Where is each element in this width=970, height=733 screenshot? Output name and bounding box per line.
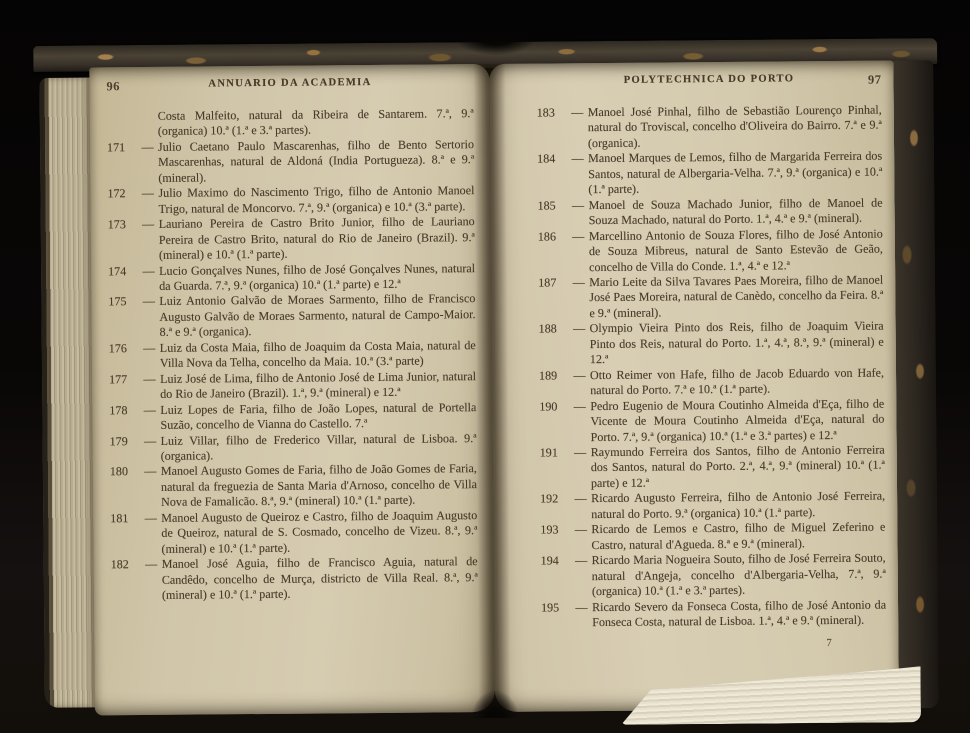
entry-text: Luiz José de Lima, filho de Antonio José… [160, 369, 476, 403]
entry-number: 175 [108, 294, 138, 310]
list-item: 178 — Luiz Lopes de Faria, filho de João… [109, 400, 476, 434]
photo-background: 96 ANNUARIO DA ACADEMIA Costa Malfeito, … [0, 0, 970, 733]
entry-dash: — [570, 522, 591, 538]
signature-mark: 7 [826, 637, 832, 649]
page-spread: 96 ANNUARIO DA ACADEMIA Costa Malfeito, … [39, 60, 939, 716]
entry-text: Raymundo Ferreira dos Santos, filho de A… [591, 443, 885, 492]
list-item: 191 — Raymundo Ferreira dos Santos, filh… [540, 443, 885, 492]
entry-dash: — [138, 217, 159, 233]
list-item: 186 — Marcellino Antonio de Souza Flores… [538, 226, 883, 275]
entry-number: 186 [538, 229, 568, 245]
list-item: 179 — Luiz Villar, filho de Frederico Vi… [110, 431, 477, 465]
left-fore-edge-page-stack [39, 77, 96, 707]
entry-number: 187 [538, 275, 568, 291]
list-item: 171 — Julio Caetano Paulo Mascarenhas, f… [107, 137, 474, 187]
entry-number: 195 [541, 600, 571, 616]
entry-number: 184 [537, 152, 567, 168]
entry-text: Pedro Eugenio de Moura Coutinho Almeida … [590, 396, 884, 445]
entry-text: Manoel José Pinhal, filho de Sebastião L… [588, 103, 882, 152]
entry-number: 193 [540, 523, 570, 539]
entry-text: Otto Reimer von Hafe, filho de Jacob Edu… [590, 365, 884, 398]
entry-text: Manoel José Aguia, filho de Francisco Ag… [162, 554, 478, 603]
entry-dash: — [568, 229, 589, 245]
entry-number: 189 [539, 368, 569, 384]
entry-dash: — [140, 433, 161, 449]
entry-dash: — [568, 275, 589, 291]
entry-dash: — [139, 341, 160, 357]
list-item: 187 — Mario Leite da Silva Tavares Paes … [538, 273, 883, 322]
list-item: 173 — Lauriano Pereira de Castro Brito J… [108, 214, 475, 264]
entry-dash: — [138, 263, 159, 279]
left-page: 96 ANNUARIO DA ACADEMIA Costa Malfeito, … [89, 64, 495, 715]
marbled-cover-edge-right [893, 60, 939, 708]
entry-dash: — [570, 445, 591, 461]
entry-number: 192 [540, 492, 570, 508]
list-item: 183 — Manoel José Pinhal, filho de Sebas… [537, 103, 882, 152]
entry-text: Manoel de Souza Machado Junior, filho de… [588, 195, 882, 228]
running-title: ANNUARIO DA ACADEMIA [106, 76, 473, 90]
list-item: 175 — Luiz Antonio Galvão de Moraes Sarm… [108, 292, 475, 342]
entry-dash: — [571, 600, 592, 616]
entry-dash: — [139, 402, 160, 418]
entry-dash: — [569, 321, 590, 337]
list-item: 172 — Julio Maximo do Nascimento Trigo, … [107, 183, 474, 217]
entry-text: Luiz da Costa Maia, filho de Joaquim da … [160, 338, 476, 372]
entry-number: 172 [107, 186, 137, 202]
entry-text: Ricardo Augusto Ferreira, filho de Anton… [591, 489, 885, 522]
right-page: POLYTECHNICA DO PORTO 97 183 — Manoel Jo… [489, 60, 899, 712]
list-item: 184 — Manoel Marques de Lemos, filho de … [537, 149, 882, 198]
list-item: 185 — Manoel de Souza Machado Junior, fi… [537, 195, 882, 229]
entry-text: Mario Leite da Silva Tavares Paes Moreir… [589, 273, 883, 322]
entry-dash: — [137, 186, 158, 202]
entry-dash: — [569, 399, 590, 415]
entry-number: 182 [111, 557, 141, 573]
entry-dash: — [571, 553, 592, 569]
entries-list: Costa Malfeito, natural da Ribeira de Sa… [107, 106, 478, 604]
entry-text: Ricardo de Lemos e Castro, filho de Migu… [591, 520, 885, 553]
open-book: 96 ANNUARIO DA ACADEMIA Costa Malfeito, … [27, 30, 951, 716]
entry-dash: — [139, 372, 160, 388]
entry-dash: — [567, 198, 588, 214]
list-item: 192 — Ricardo Augusto Ferreira, filho de… [540, 489, 885, 523]
list-item: 188 — Olympio Vieira Pinto dos Reis, fil… [539, 319, 884, 368]
entry-dash: — [141, 557, 162, 573]
entry-text: Costa Malfeito, natural da Ribeira de Sa… [158, 106, 474, 140]
entry-text: Ricardo Severo da Fonseca Costa, filho d… [592, 597, 886, 630]
list-item: 181 — Manoel Augusto de Queiroz e Castro… [110, 508, 477, 558]
list-item: 182 — Manoel José Aguia, filho de Franci… [111, 554, 478, 604]
entry-number: 173 [108, 217, 138, 233]
page-header: 96 ANNUARIO DA ACADEMIA [106, 76, 473, 97]
entry-dash: — [140, 464, 161, 480]
entry-number: 176 [109, 341, 139, 357]
entry-text: Olympio Vieira Pinto dos Reis, filho de … [590, 319, 884, 368]
list-item: 174 — Lucio Gonçalves Nunes, filho de Jo… [108, 261, 475, 295]
entries-list: 183 — Manoel José Pinhal, filho de Sebas… [537, 103, 887, 631]
entry-number: 178 [109, 403, 139, 419]
entry-number: 185 [537, 198, 567, 214]
list-item: 177 — Luiz José de Lima, filho de Antoni… [109, 369, 476, 403]
entry-number: 190 [539, 399, 569, 415]
list-item: 176 — Luiz da Costa Maia, filho de Joaqu… [109, 338, 476, 372]
entry-text: Julio Caetano Paulo Mascarenhas, filho d… [158, 137, 474, 186]
entry-text: Manoel Marques de Lemos, filho de Margar… [588, 149, 882, 198]
entry-text: Luiz Antonio Galvão de Moraes Sarmento, … [159, 292, 475, 341]
entry-dash: — [570, 491, 591, 507]
entry-number: 188 [539, 322, 569, 338]
entry-number: 174 [108, 264, 138, 280]
entry-dash: — [137, 140, 158, 156]
page-header: POLYTECHNICA DO PORTO 97 [536, 73, 881, 94]
list-item: 180 — Manoel Augusto Gomes de Faria, fil… [110, 462, 477, 512]
entry-dash: — [567, 151, 588, 167]
entry-dash: — [569, 368, 590, 384]
entry-number: 171 [107, 140, 137, 156]
entry-dash: — [138, 294, 159, 310]
entry-number: 181 [110, 511, 140, 527]
entry-dash: — [140, 511, 161, 527]
list-item: Costa Malfeito, natural da Ribeira de Sa… [107, 106, 474, 140]
entry-text: Luiz Lopes de Faria, filho de João Lopes… [160, 400, 476, 434]
list-item: 189 — Otto Reimer von Hafe, filho de Jac… [539, 365, 884, 399]
page-number: 96 [106, 79, 120, 94]
entry-text: Luiz Villar, filho de Frederico Villar, … [161, 431, 477, 465]
entry-text: Lucio Gonçalves Nunes, filho de José Gon… [159, 261, 475, 295]
entry-number: 183 [537, 105, 567, 121]
list-item: 190 — Pedro Eugenio de Moura Coutinho Al… [539, 396, 884, 445]
entry-text: Manoel Augusto de Queiroz e Castro, filh… [161, 508, 477, 557]
entry-text: Lauriano Pereira de Castro Brito Junior,… [159, 214, 475, 263]
entry-text: Marcellino Antonio de Souza Flores, filh… [589, 226, 883, 275]
page-number: 97 [868, 73, 882, 88]
entry-number: 180 [110, 464, 140, 480]
list-item: 194 — Ricardo Maria Nogueira Souto, filh… [541, 551, 886, 600]
list-item: 193 — Ricardo de Lemos e Castro, filho d… [540, 520, 885, 554]
entry-text: Ricardo Maria Nogueira Souto, filho de J… [592, 551, 886, 600]
list-item: 195 — Ricardo Severo da Fonseca Costa, f… [541, 597, 886, 631]
entry-number: 177 [109, 372, 139, 388]
entry-text: Manoel Augusto Gomes de Faria, filho de … [161, 462, 477, 511]
entry-dash: — [567, 105, 588, 121]
entry-number: 191 [540, 445, 570, 461]
running-title: POLYTECHNICA DO PORTO [536, 73, 881, 87]
entry-number: 179 [110, 434, 140, 450]
entry-text: Julio Maximo do Nascimento Trigo, filho … [158, 183, 474, 217]
entry-number: 194 [541, 553, 571, 569]
